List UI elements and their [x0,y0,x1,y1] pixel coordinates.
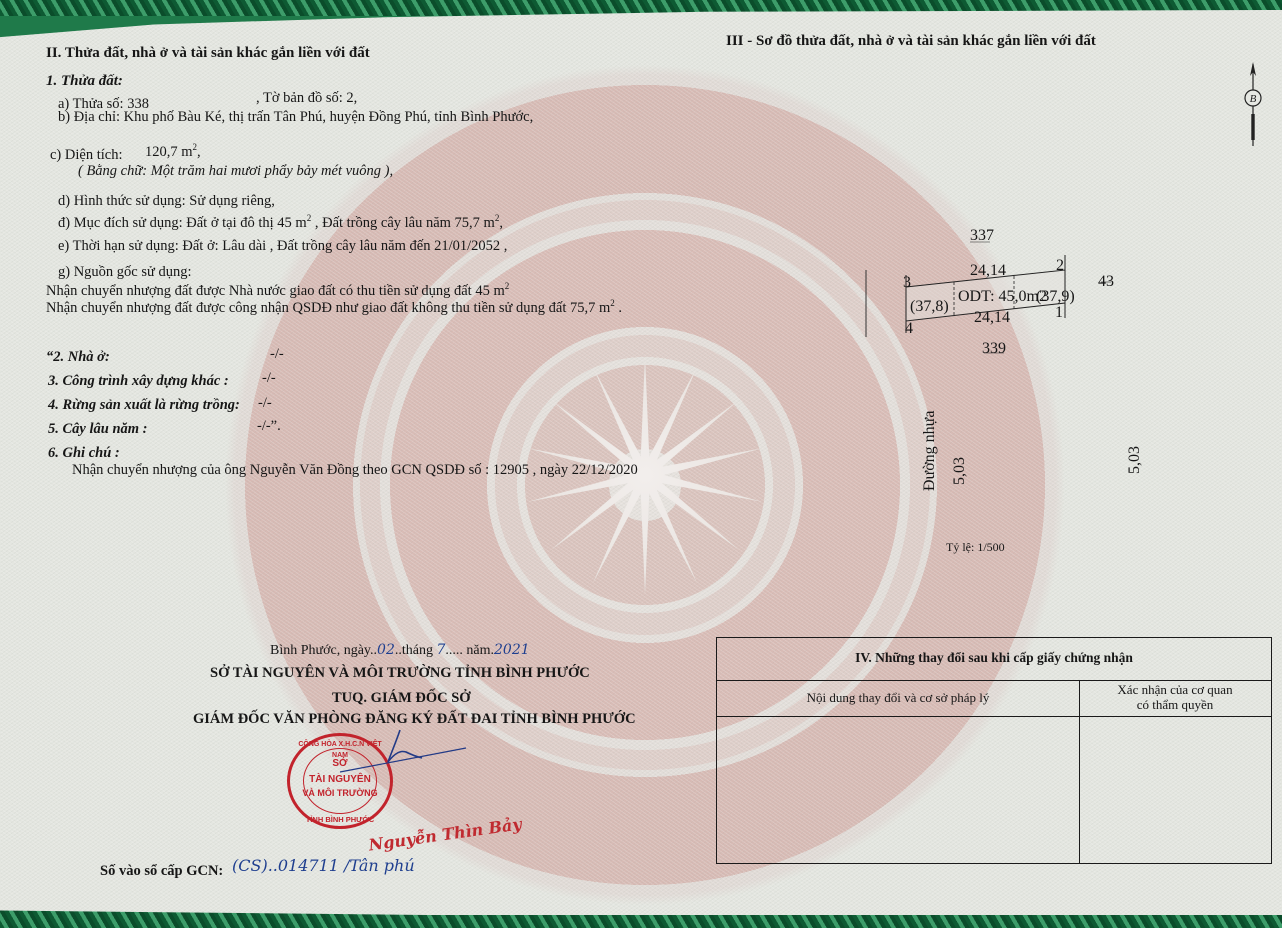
land-heading: 1. Thửa đất: [46,72,123,90]
item-construction-label: 3. Công trình xây dựng khác : [48,372,229,390]
scale-label: Tỷ lệ: 1/500 [946,538,1005,556]
origin-label: g) Nguồn gốc sử dụng: [58,263,192,281]
item-house-label: “2. Nhà ở: [46,348,110,366]
origin-line-2: Nhận chuyển nhượng đất được công nhận QS… [46,299,622,317]
note-heading: 6. Ghi chú : [48,444,120,462]
on-behalf-title: TUQ. GIÁM ĐỐC SỞ [332,689,471,707]
issue-date: Bình Phước, ngày..02..tháng 7..... năm.2… [270,641,530,660]
section-3-title: III - Sơ đồ thửa đất, nhà ở và tài sản k… [726,32,1096,50]
changes-col-authority: Xác nhận của cơ quan có thẩm quyền [1079,682,1271,712]
item-forest-label: 4. Rừng sản xuất là rừng trồng: [48,396,240,414]
note-text: Nhận chuyển nhượng của ông Nguyễn Văn Đồ… [72,461,638,479]
register-value: (CS)..014711 /Tân phú [232,857,415,875]
area-in-words: ( Bằng chữ: Một trăm hai mươi phẩy bảy m… [78,162,393,180]
usage-term: e) Thời hạn sử dụng: Đất ở: Lâu dài , Đấ… [58,237,507,255]
agency-name: SỞ TÀI NGUYÊN VÀ MÔI TRƯỜNG TỈNH BÌNH PH… [210,664,590,682]
usage-purpose: đ) Mục đích sử dụng: Đất ở tại đô thị 45… [58,214,503,232]
register-label: Số vào sổ cấp GCN: [100,862,223,880]
section-2-title: II. Thửa đất, nhà ở và tài sản khác gắn … [46,44,370,62]
column-divider [1079,680,1080,863]
item-perennial-label: 5. Cây lâu năm : [48,420,148,438]
area-value: 120,7 m2, [145,143,201,161]
right-section-label: (37,9) [1036,288,1282,418]
signature-stroke [330,722,470,782]
item-forest-value: -/- [258,394,272,412]
usage-form: d) Hình thức sử dụng: Sử dụng riêng, [58,192,275,210]
map-sheet: , Tờ bản đồ số: 2, [256,89,357,107]
seal-bottom-text: TỈNH BÌNH PHƯỚC [290,814,390,825]
changes-table-title: IV. Những thay đổi sau khi cấp giấy chứn… [717,650,1271,665]
changes-col-content: Nội dung thay đổi và cơ sở pháp lý [717,690,1079,705]
changes-table: IV. Những thay đổi sau khi cấp giấy chứn… [716,637,1272,864]
origin-line-1: Nhận chuyển nhượng đất được Nhà nước gia… [46,282,509,300]
north-symbol: B [1250,93,1257,105]
north-arrow-icon: B [1238,60,1268,150]
item-house-value: -/- [270,345,284,363]
seal-line-3: VÀ MÔI TRƯỜNG [290,788,390,799]
item-construction-value: -/- [262,369,276,387]
address: b) Địa chỉ: Khu phố Bàu Ké, thị trấn Tân… [58,108,533,126]
item-perennial-value: -/-”. [257,417,281,435]
